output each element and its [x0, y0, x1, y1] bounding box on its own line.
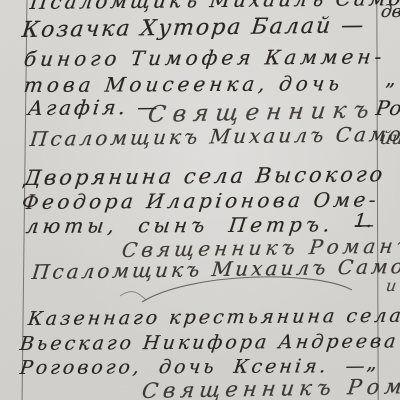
handwritten-line-clerk-signature: Псаломщикъ Михаилъ Самой [31, 254, 400, 284]
ditto-mark: „ [366, 350, 376, 374]
handwritten-line-nobleman-of-village: Дворянина села Высокого [23, 162, 387, 190]
handwritten-line-clerk-signature: Псаломщикъ Михаилъ Самой [29, 122, 400, 151]
margin-fragment: Ро [374, 96, 400, 120]
handwritten-line-father-name: биного Тимофея Каммен- [23, 44, 387, 71]
margin-fragment: и [385, 276, 398, 295]
ditto-mark: „ [385, 66, 395, 90]
handwritten-line-clerk-signature: Псаломщикъ Михаилъ Самой [29, 0, 400, 14]
handwritten-line-child-name-agafia: Агафія. — [27, 95, 162, 120]
handwritten-line-father-name: Феодора Иларіонова Оме- [21, 188, 381, 214]
handwritten-line-priest-signature-cut: Священникъ Рома [141, 374, 400, 400]
register-page: Псаломщикъ Михаилъ Самой Козачка Хутора … [0, 0, 400, 400]
margin-fragment: дв [380, 2, 400, 22]
handwritten-line-state-peasant-of-village: Казеннаго крестьянина села [27, 305, 400, 330]
record-number: 1. [353, 210, 373, 232]
handwritten-line-surname-daughter: това Моисеенка, дочь [23, 71, 345, 97]
margin-fragment: йи [379, 128, 400, 149]
handwritten-line-father-name: Вьескаго Никифора Андреева [19, 330, 400, 355]
handwritten-line-cossack-of-hutor: Козачка Хутора Балай — [21, 13, 367, 43]
